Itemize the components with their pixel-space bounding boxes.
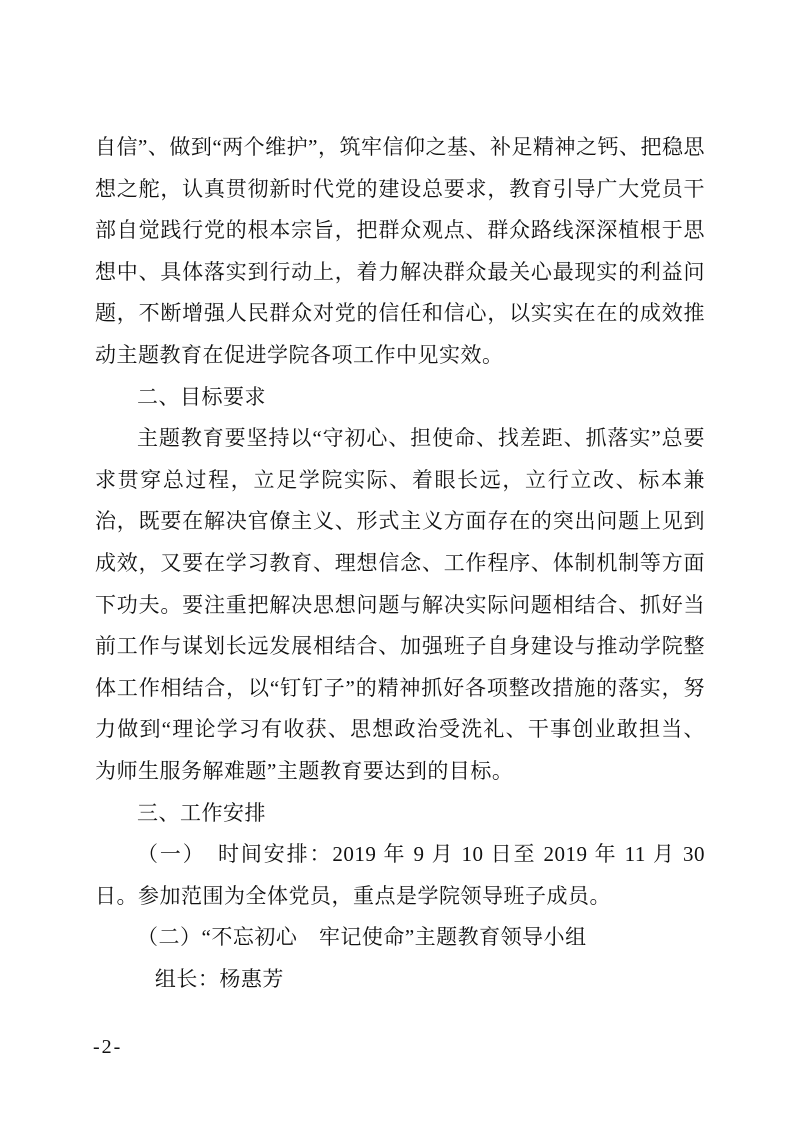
document-body: 自信”、做到“两个维护”，筑牢信仰之基、补足精神之钙、把稳思想之舵，认真贯彻新时…	[95, 127, 705, 1000]
paragraph-continuation: 自信”、做到“两个维护”，筑牢信仰之基、补足精神之钙、把稳思想之舵，认真贯彻新时…	[95, 127, 705, 377]
paragraph-time-arrangement: （一） 时间安排：2019 年 9 月 10 日至 2019 年 11 月 30…	[95, 834, 705, 917]
paragraph-group-leader: 组长：杨惠芳	[95, 959, 705, 1001]
page-number: -2-	[93, 1036, 122, 1059]
document-page: 自信”、做到“两个维护”，筑牢信仰之基、补足精神之钙、把稳思想之舵，认真贯彻新时…	[0, 0, 793, 1122]
paragraph-goals-body: 主题教育要坚持以“守初心、担使命、找差距、抓落实”总要求贯穿总过程，立足学院实际…	[95, 418, 705, 792]
section-heading-goals: 二、目标要求	[95, 377, 705, 419]
section-heading-work-arrangement: 三、工作安排	[95, 793, 705, 835]
paragraph-leading-group: （二）“不忘初心 牢记使命”主题教育领导小组	[95, 917, 705, 959]
